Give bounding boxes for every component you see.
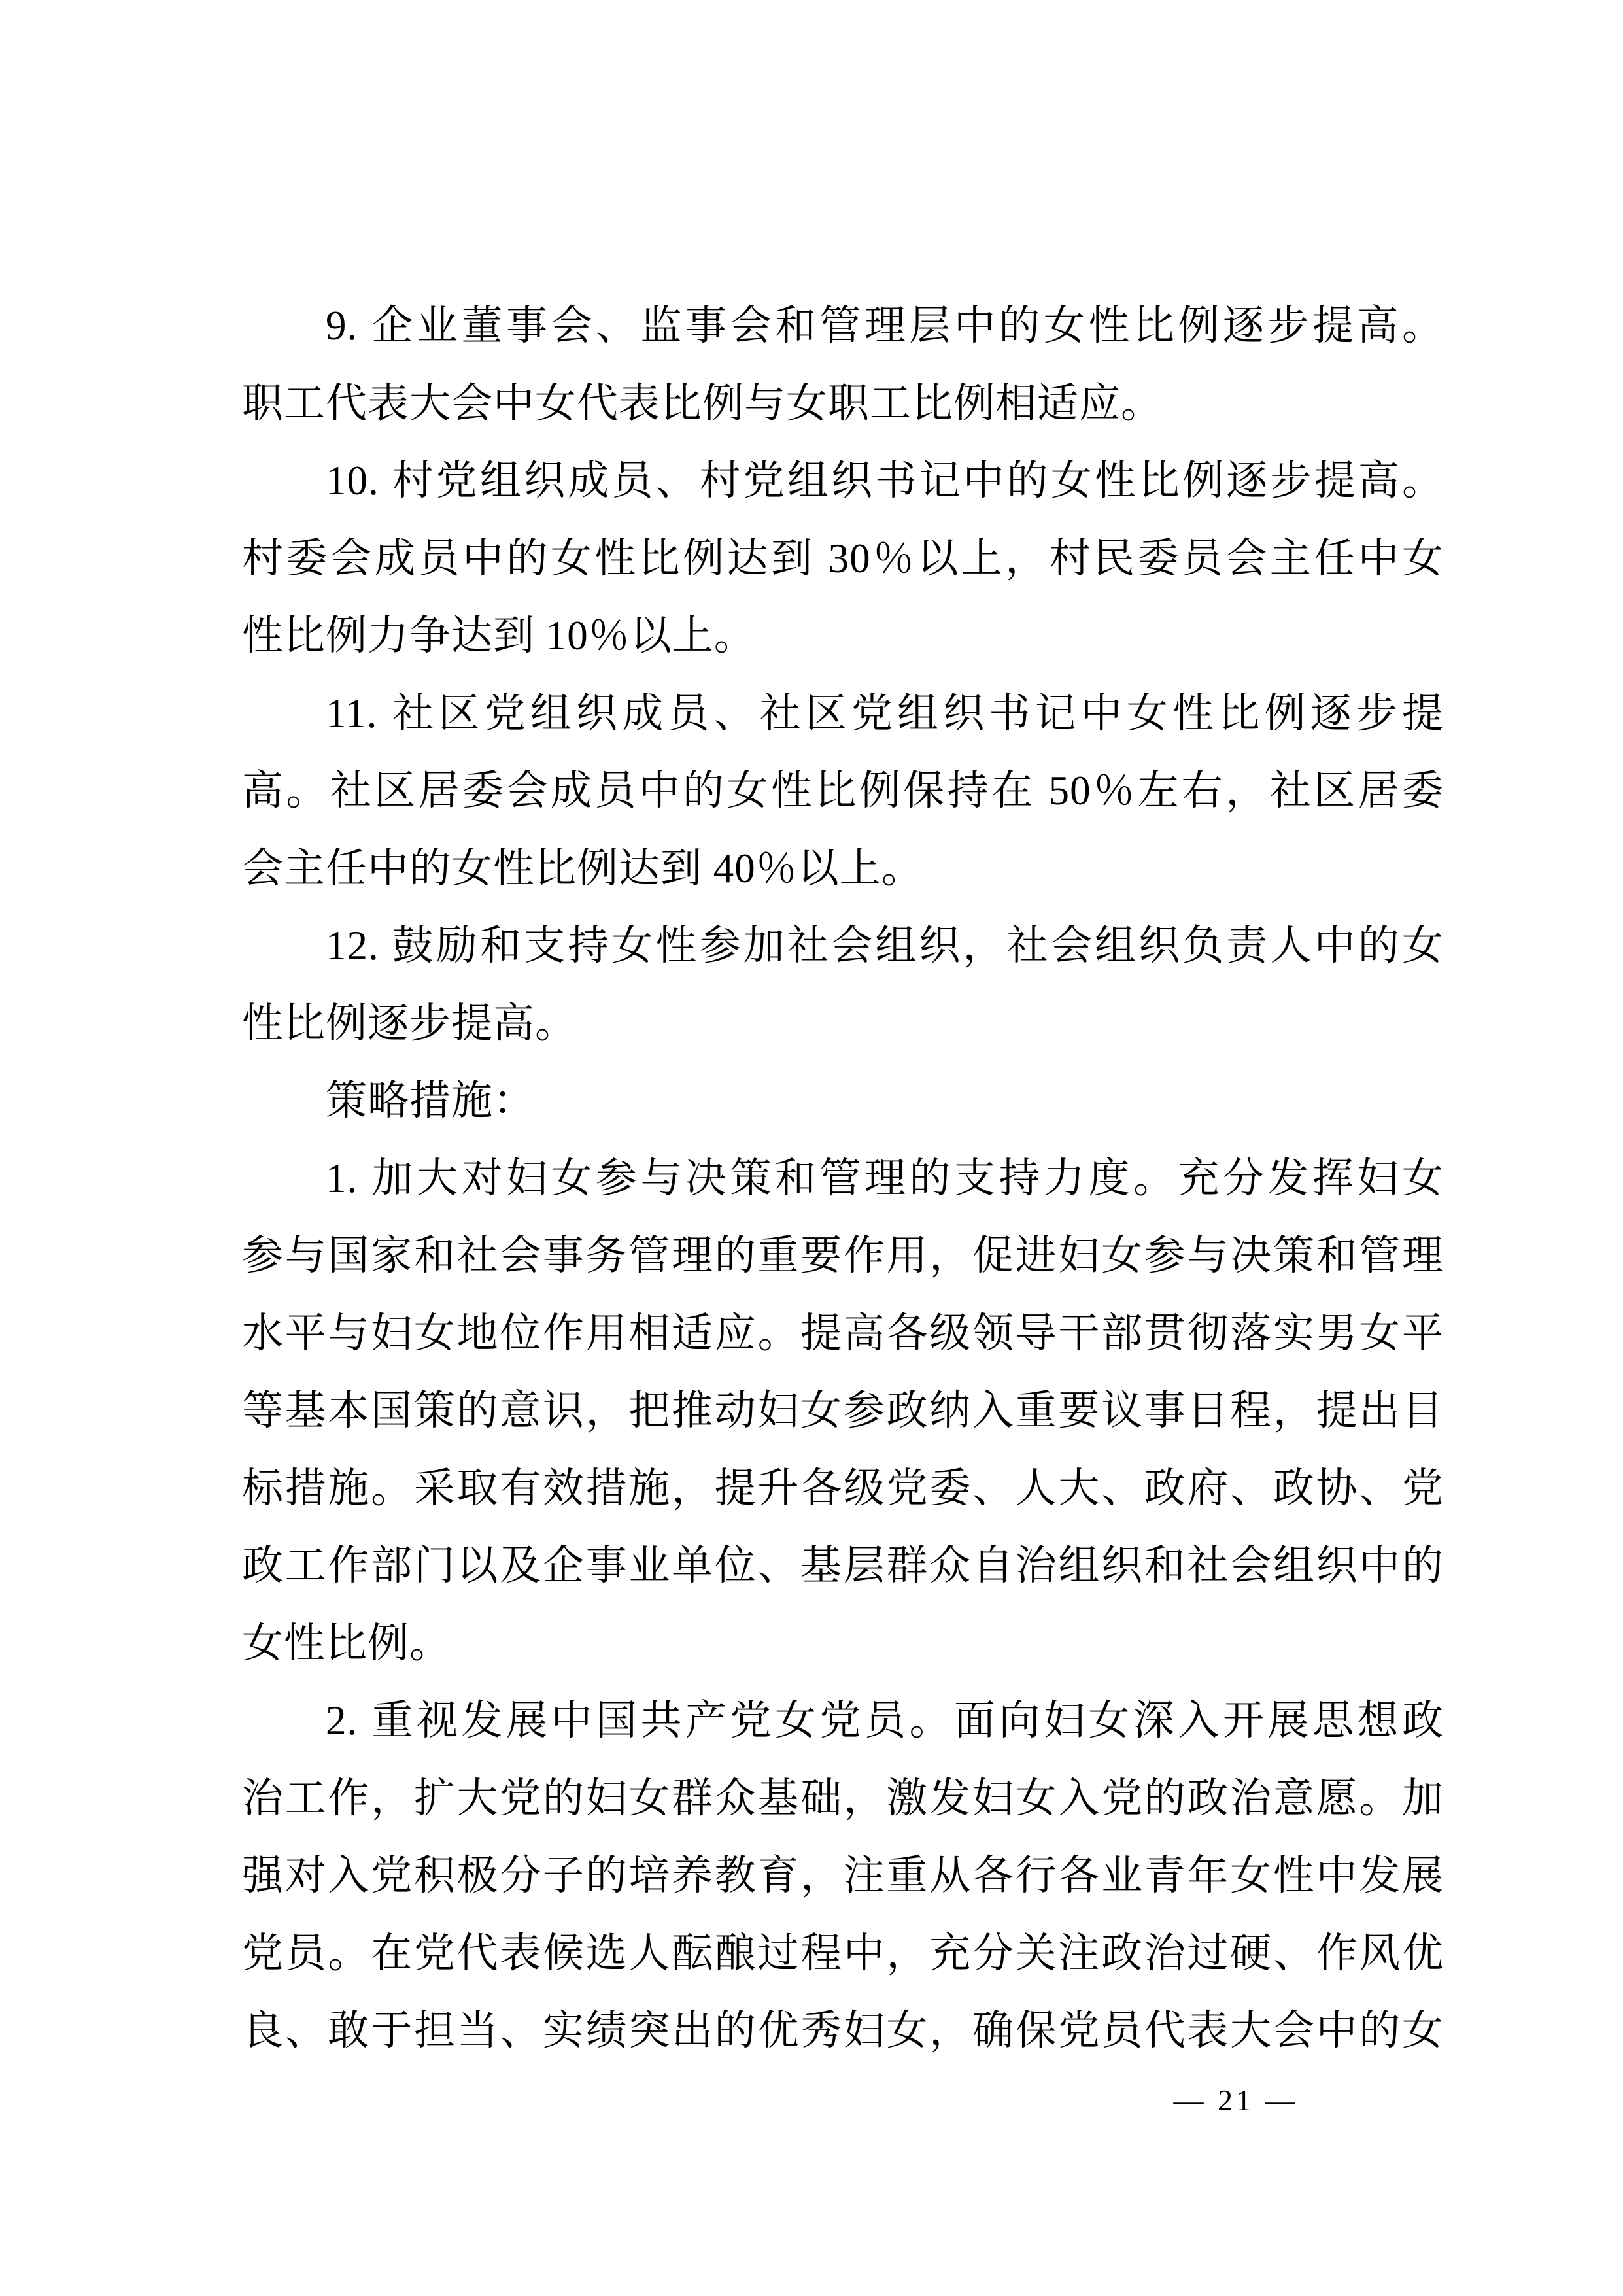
text-block: 9. 企业董事会、监事会和管理层中的女性比例逐步提高。 职工代表大会中女代表比例…	[242, 287, 1444, 2070]
text-line: 2. 重视发展中国共产党女党员。面向妇女深入开展思想政	[242, 1682, 1444, 1760]
text-line: 良、敢于担当、实绩突出的优秀妇女，确保党员代表大会中的女	[242, 1992, 1444, 2070]
text-line: 9. 企业董事会、监事会和管理层中的女性比例逐步提高。	[242, 287, 1444, 365]
text-line: 会主任中的女性比例达到 40％以上。	[242, 830, 1444, 908]
text-line: 性比例逐步提高。	[242, 985, 1444, 1063]
text-line: 女性比例。	[242, 1605, 1444, 1683]
page-number: — 21 —	[1161, 2081, 1311, 2120]
text-line: 1. 加大对妇女参与决策和管理的支持力度。充分发挥妇女	[242, 1140, 1444, 1218]
text-line: 10. 村党组织成员、村党组织书记中的女性比例逐步提高。	[242, 442, 1444, 520]
text-line: 职工代表大会中女代表比例与女职工比例相适应。	[242, 365, 1444, 443]
text-line: 治工作，扩大党的妇女群众基础，激发妇女入党的政治意愿。加	[242, 1760, 1444, 1838]
text-line: 11. 社区党组织成员、社区党组织书记中女性比例逐步提	[242, 675, 1444, 753]
document-page: 9. 企业董事会、监事会和管理层中的女性比例逐步提高。 职工代表大会中女代表比例…	[0, 0, 1623, 2296]
text-line: 12. 鼓励和支持女性参加社会组织，社会组织负责人中的女	[242, 907, 1444, 985]
text-line: 策略措施：	[242, 1062, 1444, 1140]
text-line: 参与国家和社会事务管理的重要作用，促进妇女参与决策和管理	[242, 1217, 1444, 1295]
text-line: 村委会成员中的女性比例达到 30％以上，村民委员会主任中女	[242, 520, 1444, 598]
text-line: 政工作部门以及企事业单位、基层群众自治组织和社会组织中的	[242, 1527, 1444, 1605]
text-line: 水平与妇女地位作用相适应。提高各级领导干部贯彻落实男女平	[242, 1295, 1444, 1373]
text-line: 标措施。采取有效措施，提升各级党委、人大、政府、政协、党	[242, 1450, 1444, 1528]
text-line: 党员。在党代表候选人酝酿过程中，充分关注政治过硬、作风优	[242, 1915, 1444, 1993]
text-line: 高。社区居委会成员中的女性比例保持在 50％左右，社区居委	[242, 752, 1444, 830]
text-line: 等基本国策的意识，把推动妇女参政纳入重要议事日程，提出目	[242, 1372, 1444, 1450]
text-line: 强对入党积极分子的培养教育，注重从各行各业青年女性中发展	[242, 1837, 1444, 1915]
text-line: 性比例力争达到 10％以上。	[242, 597, 1444, 675]
